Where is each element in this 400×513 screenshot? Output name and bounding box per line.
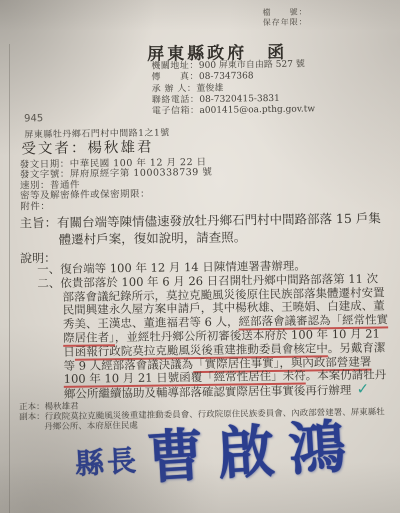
scanned-official-letter: { "page": { "file_no_label": "檔 號：", "re…	[0, 0, 400, 513]
zip-code: 945	[24, 113, 43, 124]
explanation-items: 一、復台端等 100 年 12 月 14 日陳情連署書辦理。 二、依貴部落於 1…	[37, 258, 391, 402]
subject-paragraph: 主旨：有關台端等陳情儘速發放牡丹鄉石門村中間路部落 15 戶集體遷村戶案，復如說…	[19, 209, 385, 248]
item-text: 依貴部落於 100 年 6 月 26 日召開牡丹鄉中間路部落第 11 次部落會議…	[60, 271, 388, 401]
item-number: 一、	[37, 262, 60, 276]
stamp-title: 縣長	[74, 438, 140, 483]
check-mark-icon: ✓	[351, 380, 369, 398]
retention-period-label: 保存年限：	[263, 17, 308, 28]
recipient-line: 受文者：楊秋雄君	[21, 136, 153, 159]
explanation-item-2: 二、依貴部落於 100 年 6 月 26 日召開牡丹鄉中間路部落第 11 次部落…	[37, 272, 391, 402]
cc-label: 副本：	[19, 412, 45, 422]
contact-value: 08-7320415-3831	[199, 94, 280, 105]
doc-meta-block: 發文日期：中華民國 100 年 12 月 22 日 發文字號：屏府原經字第 10…	[20, 158, 213, 213]
file-number-label: 檔 號：	[263, 7, 308, 18]
contact-value: 董俊雄	[196, 83, 223, 93]
contact-value: 08-7347368	[199, 72, 254, 83]
paper-edge-line	[9, 44, 10, 513]
meta-line-attachment: 附件：	[20, 199, 213, 212]
item-number: 二、	[37, 276, 60, 290]
contact-label: 電子信箱：	[152, 106, 200, 118]
stamp-signature-name: 曹啟鴻	[145, 418, 361, 487]
contact-row-email: 電子信箱：a001415@oa.pthg.gov.tw	[152, 105, 315, 119]
contact-info-block: 機關地址：900 屏東市自由路 527 號 傳 真：08-7347368 承 辦…	[151, 59, 315, 118]
file-header-block: 檔 號： 保存年限：	[263, 7, 308, 28]
contact-label: 聯絡電話：	[152, 95, 200, 107]
contact-value: 900 屏東市自由路 527 號	[199, 60, 305, 71]
subject-text: 有關台端等陳情儘速發放牡丹鄉石門村中間路部落 15 戶集體遷村戶案，復如說明，請…	[57, 210, 381, 246]
subject-label: 主旨：	[19, 215, 57, 231]
document-page: 檔 號： 保存年限： 屏東縣政府 函 機關地址：900 屏東市自由路 527 號…	[0, 0, 400, 513]
contact-label: 傳 真：	[151, 72, 199, 84]
subject-section: 主旨：有關台端等陳情儘速發放牡丹鄉石門村中間路部落 15 戶集體遷村戶案，復如說…	[19, 209, 385, 248]
contact-label: 承 辦 人：	[152, 84, 197, 96]
contact-value: a001415@oa.pthg.gov.tw	[199, 105, 315, 117]
